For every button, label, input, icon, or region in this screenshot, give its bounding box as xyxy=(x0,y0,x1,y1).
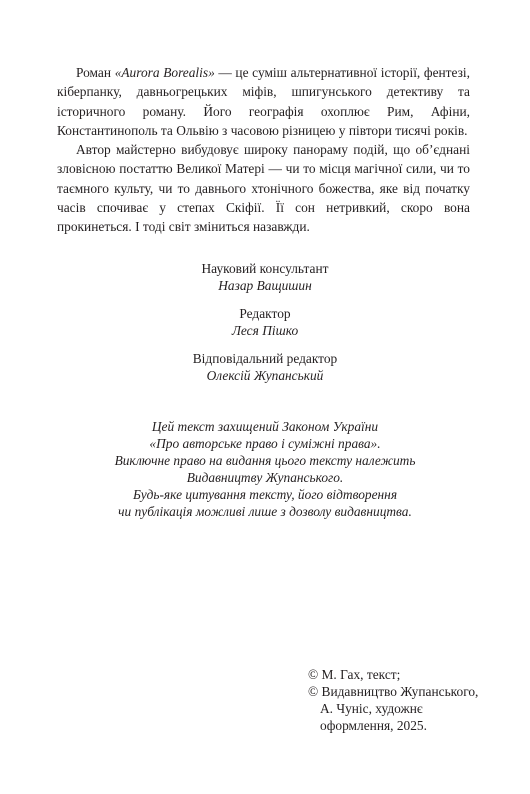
copyright-line: © Видавництво Жупанського, xyxy=(308,683,478,700)
blurb-text: Роман xyxy=(76,65,115,80)
notice-line: Будь-яке цитування тексту, його відтворе… xyxy=(0,486,530,503)
copyright-notice: Цей текст захищений Законом України «Про… xyxy=(0,418,530,520)
credit-role: Науковий консультант xyxy=(0,261,530,278)
blurb-paragraph-1: Роман «Aurora Borealis» — це суміш альте… xyxy=(57,63,470,140)
notice-line: чи публікація можливі лише з дозволу вид… xyxy=(0,503,530,520)
credit-editor: Редактор Леся Пішко xyxy=(0,306,530,339)
blurb-paragraph-2: Автор майстерно вибудовує широку панорам… xyxy=(57,140,470,236)
book-title: «Aurora Borealis» xyxy=(115,65,215,80)
credit-role: Редактор xyxy=(0,306,530,323)
book-blurb: Роман «Aurora Borealis» — це суміш альте… xyxy=(57,63,470,237)
notice-line: Видавництву Жупанського. xyxy=(0,469,530,486)
copyright-line: © М. Гах, текст; xyxy=(308,666,478,683)
credit-name: Назар Ващишин xyxy=(0,278,530,295)
notice-line: «Про авторське право і суміжні права». xyxy=(0,435,530,452)
credit-managing-editor: Відповідальний редактор Олексій Жупанськ… xyxy=(0,351,530,384)
copyright-line: оформлення, 2025. xyxy=(308,717,478,734)
copyright-line: А. Чуніс, художнє xyxy=(308,700,478,717)
credit-role: Відповідальний редактор xyxy=(0,351,530,368)
copyright-block: © М. Гах, текст; © Видавництво Жупансько… xyxy=(308,666,478,734)
credit-name: Леся Пішко xyxy=(0,323,530,340)
credit-scientific-consultant: Науковий консультант Назар Ващишин xyxy=(0,261,530,294)
credit-name: Олексій Жупанський xyxy=(0,368,530,385)
notice-line: Виключне право на видання цього тексту н… xyxy=(0,452,530,469)
notice-line: Цей текст захищений Законом України xyxy=(0,418,530,435)
credits: Науковий консультант Назар Ващишин Редак… xyxy=(0,261,530,396)
